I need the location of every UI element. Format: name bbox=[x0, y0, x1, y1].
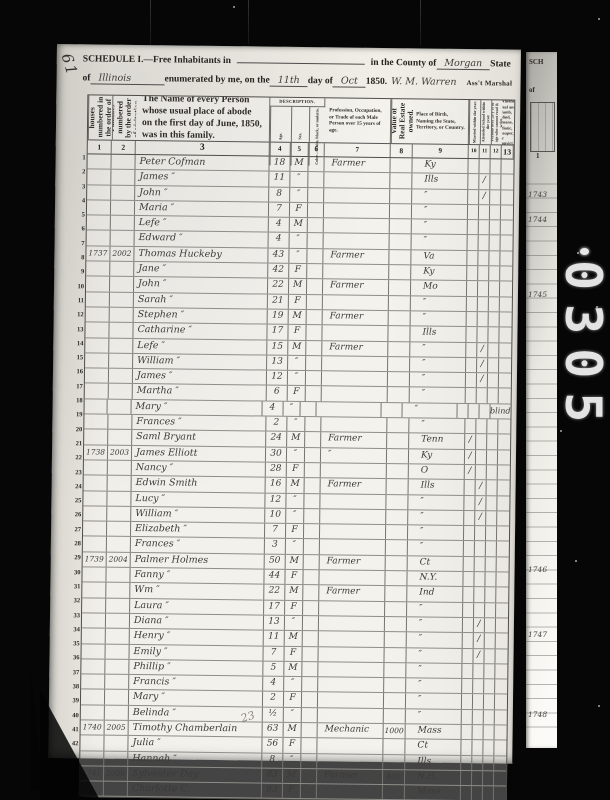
cell-value bbox=[390, 158, 412, 173]
cell-remarks bbox=[494, 756, 506, 770]
cell-age: 43 bbox=[268, 248, 289, 263]
cell-school bbox=[478, 297, 489, 311]
film-speck bbox=[233, 6, 235, 8]
cell-occupation bbox=[319, 601, 385, 616]
cell-occupation bbox=[320, 524, 386, 539]
cell-family bbox=[109, 369, 133, 384]
cell-color bbox=[307, 295, 323, 309]
cell-family bbox=[106, 629, 130, 644]
cell-birthplace: N.H. bbox=[405, 770, 461, 785]
cell-color bbox=[305, 432, 321, 446]
cell-birthplace: Mass bbox=[406, 724, 462, 739]
cell-cannot-read bbox=[483, 741, 494, 755]
line-number: 18 bbox=[73, 394, 83, 408]
cell-age: 13 bbox=[264, 615, 285, 630]
cell-birthplace: ″ bbox=[403, 403, 458, 418]
cell-school: ∕ bbox=[479, 174, 490, 188]
cell-value bbox=[386, 525, 408, 540]
next-page-schedule-fragment: SCH bbox=[529, 58, 543, 66]
cell-sex: F bbox=[288, 325, 306, 340]
cell-birthplace: Ky bbox=[411, 265, 467, 280]
cell-married bbox=[467, 281, 478, 295]
cell-birthplace: ″ bbox=[406, 709, 462, 724]
cell-sex: ″ bbox=[290, 187, 308, 202]
cell-cannot-read bbox=[489, 312, 500, 326]
cell-name: Palmer Holmes bbox=[131, 553, 265, 569]
cell-remarks bbox=[499, 358, 511, 372]
col-number: 2 bbox=[112, 141, 136, 154]
line-number: 19 bbox=[72, 409, 82, 423]
cell-birthplace: ″ bbox=[407, 633, 463, 648]
cell-remarks bbox=[501, 205, 513, 219]
cell-color bbox=[302, 692, 318, 706]
cell-cannot-read bbox=[479, 404, 490, 418]
cell-name: Hannah ″ bbox=[128, 752, 262, 768]
cell-married: ∕ bbox=[465, 450, 476, 464]
line-number: 28 bbox=[71, 537, 81, 551]
cell-cannot-read bbox=[488, 373, 499, 387]
cell-color bbox=[302, 708, 318, 722]
cell-sex: F bbox=[286, 524, 304, 539]
cell-color bbox=[307, 279, 323, 293]
cell-birthplace: ″ bbox=[410, 388, 466, 403]
cell-remarks bbox=[498, 450, 510, 464]
line-number: 24 bbox=[71, 480, 81, 494]
cell-name: James Elliott bbox=[132, 446, 266, 462]
cell-name: John ″ bbox=[135, 186, 269, 202]
cell-age: 44 bbox=[264, 570, 285, 585]
cell-family bbox=[108, 415, 132, 430]
cell-married bbox=[462, 710, 473, 724]
cell-dwelling bbox=[87, 154, 111, 169]
cell-remarks bbox=[498, 435, 510, 449]
cell-cannot-read bbox=[484, 710, 495, 724]
cell-cannot-read bbox=[490, 205, 501, 219]
next-page-edge: SCH of 1 174317441745174617471748 bbox=[526, 52, 557, 748]
cell-dwelling bbox=[84, 476, 108, 491]
cell-birthplace: Ky bbox=[409, 449, 465, 464]
cell-married bbox=[468, 174, 479, 188]
cell-occupation bbox=[321, 463, 387, 478]
next-page-column-number: 1 bbox=[536, 152, 540, 160]
cell-school bbox=[473, 725, 484, 739]
cell-name: Sylvester Day bbox=[128, 767, 262, 783]
cell-family bbox=[107, 537, 131, 552]
cell-remarks bbox=[497, 511, 509, 525]
cell-name: Catharine ″ bbox=[133, 323, 267, 339]
cell-sex: ″ bbox=[284, 708, 302, 723]
cell-sex: M bbox=[289, 310, 307, 325]
cell-sex: F bbox=[290, 203, 308, 218]
cell-color bbox=[303, 631, 319, 645]
cell-occupation bbox=[320, 540, 386, 555]
cell-family bbox=[111, 216, 135, 231]
page-header: SCHEDULE I.—Free Inhabitants in in the C… bbox=[83, 50, 511, 89]
cell-cannot-read bbox=[486, 542, 497, 556]
cell-sex: ″ bbox=[284, 677, 302, 692]
col-header-cannot-read: Persons over 20 y'rs of age who cannot r… bbox=[491, 100, 503, 144]
cell-birthplace: ″ bbox=[409, 418, 465, 433]
month-value: Oct bbox=[333, 75, 366, 87]
cell-value bbox=[383, 755, 405, 770]
cell-cannot-read bbox=[485, 633, 496, 647]
cell-dwelling bbox=[86, 292, 110, 307]
cell-color bbox=[301, 738, 317, 752]
cell-birthplace: O bbox=[409, 464, 465, 479]
next-page-dwelling-number: 1744 bbox=[528, 215, 547, 224]
cell-color bbox=[307, 310, 323, 324]
cell-school bbox=[475, 526, 486, 540]
cell-dwelling bbox=[81, 674, 105, 689]
cell-birthplace: ″ bbox=[411, 311, 467, 326]
col-header-sex: Sex. bbox=[291, 107, 310, 166]
cell-cannot-read bbox=[487, 450, 498, 464]
cell-cannot-read bbox=[489, 297, 500, 311]
cell-birthplace: ″ bbox=[406, 678, 462, 693]
cell-value bbox=[383, 785, 405, 800]
cell-birthplace: Mass bbox=[405, 785, 461, 800]
cell-dwelling bbox=[86, 307, 110, 322]
cell-family bbox=[111, 170, 135, 185]
cell-married: ∕ bbox=[465, 434, 476, 448]
cell-family bbox=[104, 782, 128, 797]
next-page-dwelling-number: 1745 bbox=[528, 290, 547, 299]
cell-dwelling bbox=[81, 705, 105, 720]
cell-dwelling bbox=[82, 629, 106, 644]
line-number: 8 bbox=[74, 251, 84, 265]
line-number: 41 bbox=[69, 723, 79, 737]
cell-color bbox=[302, 662, 318, 676]
col-number: 1 bbox=[88, 140, 112, 153]
cell-birthplace: ″ bbox=[406, 648, 462, 663]
cell-color bbox=[301, 769, 317, 783]
cell-married bbox=[465, 419, 476, 433]
cell-birthplace: N.Y. bbox=[407, 571, 463, 586]
cell-family bbox=[104, 736, 128, 751]
cell-remarks bbox=[495, 710, 507, 724]
cell-birthplace: ″ bbox=[407, 617, 463, 632]
cell-color bbox=[306, 341, 322, 355]
cell-school: ∕ bbox=[477, 358, 488, 372]
cell-sex: F bbox=[289, 295, 307, 310]
cell-school bbox=[478, 282, 489, 296]
cell-occupation bbox=[322, 326, 388, 341]
cell-birthplace: ″ bbox=[412, 204, 468, 219]
census-page: SCHEDULE I.—Free Inhabitants in in the C… bbox=[48, 44, 521, 764]
cell-married bbox=[466, 327, 477, 341]
cell-sex: ″ bbox=[283, 402, 301, 417]
cell-color bbox=[303, 601, 319, 615]
cell-school: ∕ bbox=[476, 480, 487, 494]
cell-sex: F bbox=[289, 264, 307, 279]
cell-family bbox=[105, 705, 129, 720]
cell-married bbox=[468, 220, 479, 234]
line-number: 40 bbox=[69, 709, 79, 723]
cell-remarks bbox=[496, 588, 508, 602]
cell-dwelling bbox=[82, 598, 106, 613]
header-line-2: of Illinois enumerated by me, on the 11t… bbox=[83, 72, 511, 89]
cell-sex: ″ bbox=[287, 447, 305, 462]
cell-remarks bbox=[501, 190, 513, 204]
cell-name: Saml Bryant bbox=[132, 430, 266, 446]
cell-cannot-read bbox=[489, 266, 500, 280]
cell-sex: ″ bbox=[290, 172, 308, 187]
cell-name: Fanny ″ bbox=[130, 568, 264, 584]
cell-occupation bbox=[319, 616, 385, 631]
cell-name: Sarah ″ bbox=[134, 293, 268, 309]
cell-age: 4 bbox=[269, 218, 290, 233]
cell-dwelling bbox=[85, 338, 109, 353]
film-speck bbox=[575, 560, 577, 562]
cell-dwelling bbox=[87, 216, 111, 231]
cell-school bbox=[477, 389, 488, 403]
cell-age: 22 bbox=[268, 279, 289, 294]
line-number: 14 bbox=[73, 337, 83, 351]
cell-value bbox=[389, 311, 411, 326]
cell-married bbox=[464, 557, 475, 571]
cell-age: 11 bbox=[264, 631, 285, 646]
header-line-1: SCHEDULE I.—Free Inhabitants in in the C… bbox=[83, 50, 511, 70]
cell-birthplace: ″ bbox=[411, 296, 467, 311]
cell-married bbox=[466, 358, 477, 372]
cell-cannot-read bbox=[489, 251, 500, 265]
cell-name: Emily ″ bbox=[129, 644, 263, 660]
cell-age: 83 bbox=[262, 768, 283, 783]
cell-school bbox=[475, 542, 486, 556]
cell-married bbox=[461, 756, 472, 770]
cell-age: 8 bbox=[262, 753, 283, 768]
cell-remarks bbox=[495, 725, 507, 739]
cell-married bbox=[464, 541, 475, 555]
cell-occupation: Farmer bbox=[321, 433, 387, 448]
cell-color bbox=[303, 585, 319, 599]
cell-name: Mary ″ bbox=[131, 400, 262, 416]
cell-value bbox=[386, 540, 408, 555]
cell-family bbox=[108, 399, 132, 414]
line-number: 26 bbox=[71, 509, 81, 523]
cell-cannot-read bbox=[490, 190, 501, 204]
cell-cannot-read bbox=[486, 557, 497, 571]
cell-family bbox=[111, 155, 135, 170]
line-number: 36 bbox=[69, 652, 79, 666]
cell-name: William ″ bbox=[131, 507, 265, 523]
cell-married bbox=[463, 587, 474, 601]
cell-name: Maria ″ bbox=[135, 201, 269, 217]
cell-sex: M bbox=[285, 631, 303, 646]
cell-value bbox=[386, 556, 408, 571]
next-page-row-lines bbox=[526, 170, 557, 738]
cell-dwelling: 1737 bbox=[86, 246, 110, 261]
col-header-remarks: Whether deaf and dumb, blind, insane, id… bbox=[502, 100, 515, 144]
cell-value bbox=[384, 678, 406, 693]
cell-age: ½ bbox=[263, 707, 284, 722]
line-number: 16 bbox=[73, 366, 83, 380]
cell-remarks bbox=[495, 679, 507, 693]
line-number: 1 bbox=[76, 151, 86, 165]
cell-name: Elizabeth ″ bbox=[131, 522, 265, 538]
cell-occupation: Farmer bbox=[323, 280, 389, 295]
line-number: 20 bbox=[72, 423, 82, 437]
cell-name: Julia ″ bbox=[128, 736, 262, 752]
cell-school bbox=[473, 664, 484, 678]
cell-occupation bbox=[323, 264, 389, 279]
cell-occupation bbox=[324, 234, 390, 249]
cell-sex: M bbox=[286, 555, 304, 570]
cell-birthplace: ″ bbox=[410, 342, 466, 357]
cell-remarks bbox=[501, 159, 513, 173]
cell-remarks bbox=[494, 787, 506, 800]
cell-cannot-read bbox=[485, 618, 496, 632]
cell-married bbox=[468, 159, 479, 173]
col-header-school: Attended School within the year. bbox=[480, 100, 492, 144]
cell-cannot-read bbox=[484, 649, 495, 663]
cell-remarks bbox=[494, 741, 506, 755]
cell-dwelling bbox=[85, 353, 109, 368]
cell-dwelling: 1738 bbox=[84, 445, 108, 460]
cell-family bbox=[110, 262, 134, 277]
cell-occupation bbox=[324, 203, 390, 218]
cell-cannot-read bbox=[488, 389, 499, 403]
cell-sex: M bbox=[290, 218, 308, 233]
cell-school bbox=[473, 695, 484, 709]
cell-family bbox=[109, 323, 133, 338]
cell-value bbox=[387, 479, 409, 494]
cell-sex: M bbox=[284, 723, 302, 738]
county-value: Morgan bbox=[436, 58, 490, 71]
cell-school bbox=[479, 205, 490, 219]
cell-occupation bbox=[324, 218, 390, 233]
cell-birthplace: ″ bbox=[406, 694, 462, 709]
cell-sex: ″ bbox=[285, 616, 303, 631]
col-number: 10 bbox=[469, 145, 480, 158]
col-header-family: Families numbered by the order of visita… bbox=[112, 96, 137, 140]
cell-cannot-read bbox=[483, 771, 494, 785]
cell-value bbox=[384, 709, 406, 724]
cell-color bbox=[303, 570, 319, 584]
cell-cannot-read bbox=[484, 695, 495, 709]
cell-occupation: Farmer bbox=[320, 555, 386, 570]
line-number: 21 bbox=[72, 437, 82, 451]
next-page-header-box bbox=[530, 102, 555, 152]
col-number: 11 bbox=[480, 145, 491, 158]
cell-married bbox=[467, 297, 478, 311]
cell-sex: F bbox=[283, 738, 301, 753]
cell-cannot-read bbox=[487, 465, 498, 479]
cell-school bbox=[472, 740, 483, 754]
cell-remarks bbox=[499, 328, 511, 342]
cell-dwelling bbox=[82, 567, 106, 582]
cell-family bbox=[106, 598, 130, 613]
cell-school: ∕ bbox=[475, 496, 486, 510]
cell-cannot-read bbox=[490, 220, 501, 234]
cell-age: 13 bbox=[267, 355, 288, 370]
line-number: 27 bbox=[71, 523, 81, 537]
cell-age: 4 bbox=[263, 401, 284, 416]
col-header-married: Married within the year. bbox=[469, 100, 481, 144]
cell-occupation bbox=[324, 173, 390, 188]
cell-sex: ″ bbox=[283, 753, 301, 768]
cell-cannot-read bbox=[483, 756, 494, 770]
cell-family bbox=[106, 583, 130, 598]
cell-cannot-read bbox=[486, 511, 497, 525]
cell-dwelling bbox=[84, 399, 108, 414]
cell-sex: F bbox=[285, 600, 303, 615]
cell-remarks bbox=[498, 465, 510, 479]
cell-sex: M bbox=[283, 769, 301, 784]
cell-married bbox=[461, 771, 472, 785]
line-number: 5 bbox=[75, 208, 85, 222]
cell-birthplace: Ills bbox=[405, 755, 461, 770]
line-number: 25 bbox=[71, 494, 81, 508]
cell-color bbox=[302, 723, 318, 737]
cell-color bbox=[307, 264, 323, 278]
cell-married bbox=[462, 694, 473, 708]
cell-name: Edward ″ bbox=[135, 231, 269, 247]
cell-name: Diana ″ bbox=[130, 614, 264, 630]
cell-family bbox=[106, 568, 130, 583]
cell-married bbox=[466, 388, 477, 402]
cell-sex: ″ bbox=[290, 233, 308, 248]
cell-married bbox=[466, 373, 477, 387]
cell-value bbox=[387, 433, 409, 448]
cell-remarks bbox=[497, 557, 509, 571]
cell-color bbox=[304, 539, 320, 553]
cell-occupation bbox=[318, 708, 384, 723]
cell-school: ∕ bbox=[474, 618, 485, 632]
cell-school bbox=[473, 710, 484, 724]
cell-cannot-read bbox=[487, 481, 498, 495]
col-number: 13 bbox=[502, 145, 514, 158]
cell-age: 15 bbox=[267, 340, 288, 355]
cell-value bbox=[389, 250, 411, 265]
cell-birthplace: Ct bbox=[408, 556, 464, 571]
cell-married bbox=[464, 526, 475, 540]
cell-age: 22 bbox=[264, 585, 285, 600]
cell-remarks bbox=[497, 542, 509, 556]
cell-age: 7 bbox=[263, 646, 284, 661]
cell-remarks bbox=[501, 175, 513, 189]
cell-birthplace: ″ bbox=[412, 189, 468, 204]
cell-sex: ″ bbox=[289, 249, 307, 264]
cell-occupation bbox=[318, 677, 384, 692]
cell-remarks bbox=[496, 634, 508, 648]
cell-age: 56 bbox=[262, 738, 283, 753]
cell-age: 2 bbox=[266, 417, 287, 432]
day-value: 11th bbox=[270, 75, 308, 87]
cell-school bbox=[479, 220, 490, 234]
cell-remarks bbox=[499, 389, 511, 403]
cell-occupation bbox=[324, 188, 390, 203]
enumerator-value: W. M. Warren bbox=[387, 76, 456, 88]
cell-school: ∕ bbox=[477, 373, 488, 387]
cell-sex: M bbox=[289, 279, 307, 294]
cell-occupation bbox=[317, 754, 383, 769]
cell-age: 24 bbox=[266, 432, 287, 447]
cell-birthplace: ″ bbox=[408, 525, 464, 540]
cell-school bbox=[472, 756, 483, 770]
cell-value: 1000 bbox=[384, 724, 406, 739]
cell-remarks bbox=[494, 771, 506, 785]
cell-name: Edwin Smith bbox=[132, 476, 266, 492]
cell-occupation bbox=[316, 402, 381, 417]
cell-school: ∕ bbox=[473, 649, 484, 663]
cell-occupation bbox=[323, 295, 389, 310]
cell-occupation bbox=[317, 784, 383, 799]
film-speck bbox=[577, 252, 579, 254]
cell-age: 63 bbox=[263, 723, 284, 738]
cell-dwelling bbox=[85, 384, 109, 399]
cell-value bbox=[385, 571, 407, 586]
